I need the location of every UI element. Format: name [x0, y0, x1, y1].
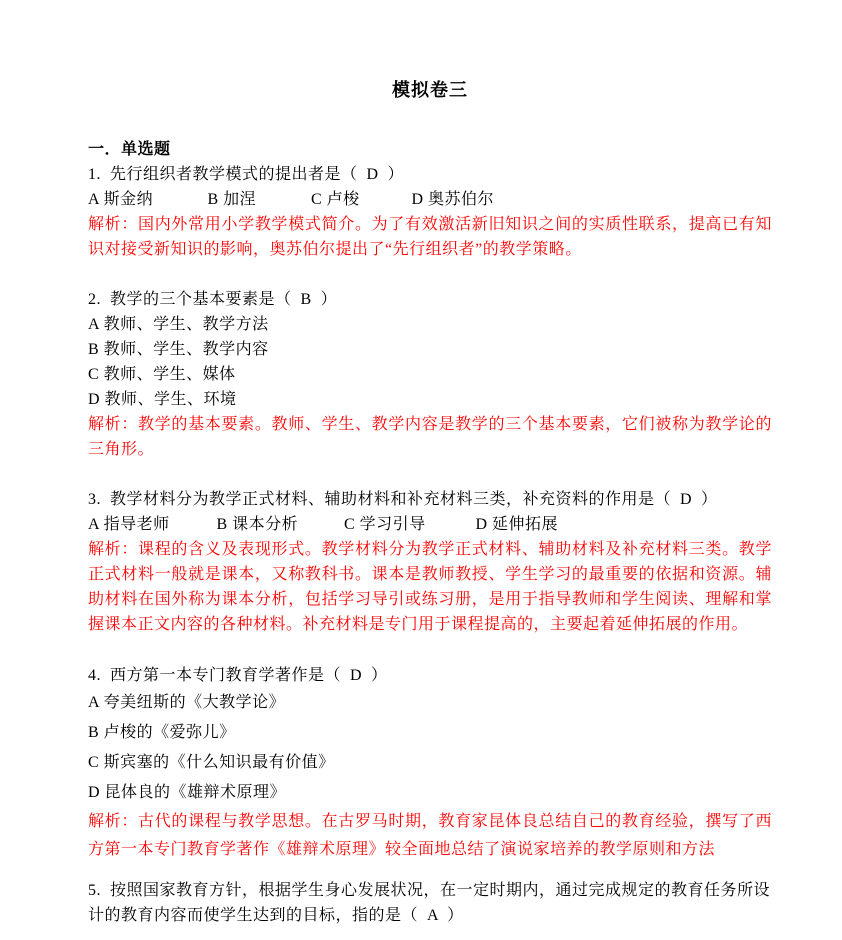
question-4-option-b: B 卢梭的《爱弥儿》 — [88, 718, 772, 748]
question-2-option-c: C 教师、学生、媒体 — [88, 362, 772, 387]
question-4-option-a: A 夸美纽斯的《大教学论》 — [88, 688, 772, 718]
question-4-text: 4. 西方第一本专门教育学著作是（ D ） — [88, 663, 772, 688]
question-4-options: A 夸美纽斯的《大教学论》 B 卢梭的《爱弥儿》 C 斯宾塞的《什么知识最有价值… — [88, 688, 772, 808]
question-3-option-a: A 指导老师 — [88, 512, 212, 537]
question-1-analysis: 解析：国内外常用小学教学模式简介。为了有效激活新旧知识之间的实质性联系，提高已有… — [88, 212, 772, 262]
question-2-analysis: 解析：教学的基本要素。教师、学生、教学内容是教学的三个基本要素，它们被称为教学论… — [88, 412, 772, 462]
question-2-options: A 教师、学生、教学方法 B 教师、学生、教学内容 C 教师、学生、媒体 D 教… — [88, 312, 772, 412]
exam-document-page: 模拟卷三 一．单选题 1. 先行组织者教学模式的提出者是（ D ） A 斯金纳 … — [0, 0, 842, 940]
question-1-text: 1. 先行组织者教学模式的提出者是（ D ） — [88, 162, 772, 187]
question-1-option-d: D 奥苏伯尔 — [412, 187, 495, 212]
question-3-option-b: B 课本分析 — [217, 512, 340, 537]
question-2-option-a: A 教师、学生、教学方法 — [88, 312, 772, 337]
question-2-option-b: B 教师、学生、教学内容 — [88, 337, 772, 362]
question-1-option-b: B 加涅 — [208, 187, 307, 212]
question-3-text: 3. 教学材料分为教学正式材料、辅助材料和补充材料三类，补充资料的作用是（ D … — [88, 487, 772, 512]
question-3-option-c: C 学习引导 — [344, 512, 471, 537]
question-3-option-d: D 延伸拓展 — [476, 512, 559, 537]
section-heading: 一．单选题 — [88, 137, 772, 162]
question-1-option-c: C 卢梭 — [311, 187, 407, 212]
question-4-option-c: C 斯宾塞的《什么知识最有价值》 — [88, 748, 772, 778]
question-block-5: 5. 按照国家教育方针，根据学生身心发展状况，在一定时期内，通过完成规定的教育任… — [88, 878, 772, 928]
document-title: 模拟卷三 — [88, 78, 772, 103]
question-block-3: 3. 教学材料分为教学正式材料、辅助材料和补充材料三类，补充资料的作用是（ D … — [88, 487, 772, 637]
question-block-1: 1. 先行组织者教学模式的提出者是（ D ） A 斯金纳 B 加涅 C 卢梭 D… — [88, 162, 772, 262]
question-2-text: 2. 教学的三个基本要素是（ B ） — [88, 287, 772, 312]
question-3-analysis: 解析：课程的含义及表现形式。教学材料分为教学正式材料、辅助材料及补充材料三类。教… — [88, 537, 772, 637]
question-3-options: A 指导老师 B 课本分析 C 学习引导 D 延伸拓展 — [88, 512, 772, 537]
question-4-analysis: 解析：古代的课程与教学思想。在古罗马时期，教育家昆体良总结自己的教育经验，撰写了… — [88, 808, 772, 864]
question-2-option-d: D 教师、学生、环境 — [88, 387, 772, 412]
question-4-option-d: D 昆体良的《雄辩术原理》 — [88, 778, 772, 808]
question-1-option-a: A 斯金纳 — [88, 187, 203, 212]
question-block-2: 2. 教学的三个基本要素是（ B ） A 教师、学生、教学方法 B 教师、学生、… — [88, 287, 772, 462]
question-block-4: 4. 西方第一本专门教育学著作是（ D ） A 夸美纽斯的《大教学论》 B 卢梭… — [88, 663, 772, 864]
question-1-options: A 斯金纳 B 加涅 C 卢梭 D 奥苏伯尔 — [88, 187, 772, 212]
question-5-text: 5. 按照国家教育方针，根据学生身心发展状况，在一定时期内，通过完成规定的教育任… — [88, 878, 772, 928]
